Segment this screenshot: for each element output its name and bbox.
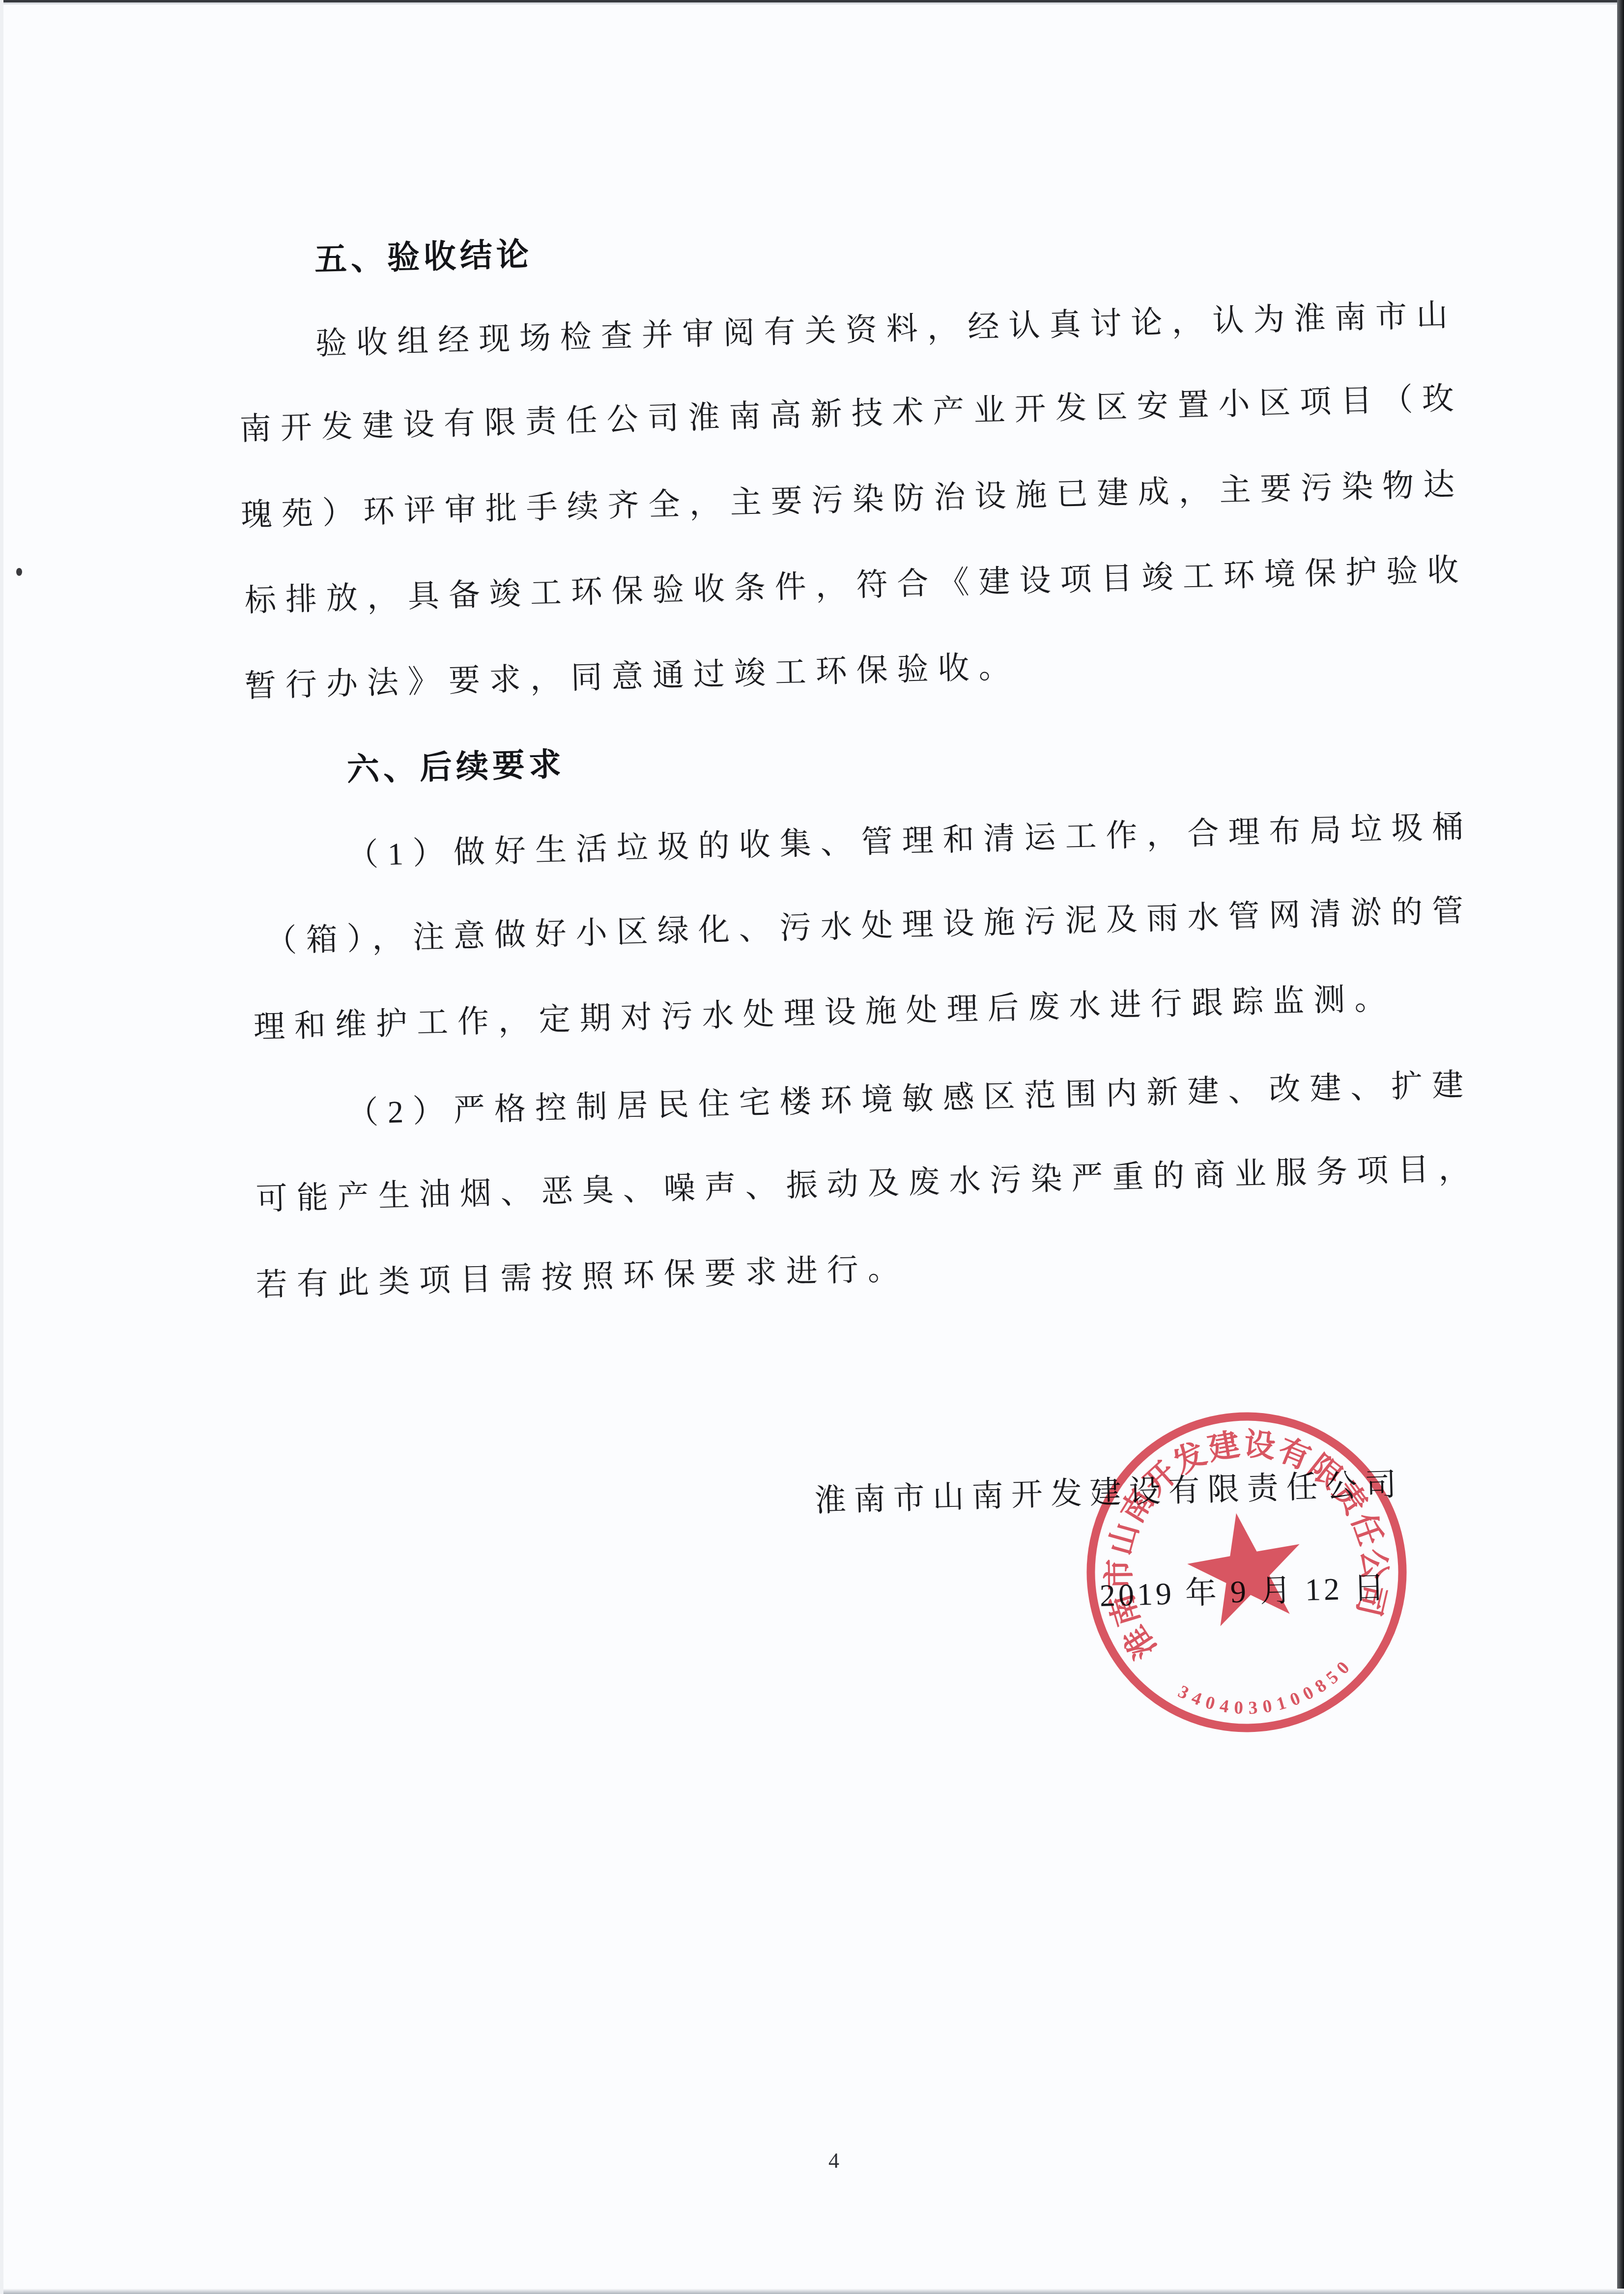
seal-star [1180, 1503, 1311, 1630]
body-line: 南开发建设有限责任公司淮南高新技术产业开发区安置小区项目（玫 [239, 379, 1463, 449]
scanned-document-page: 五、验收结论 验收组经现场检查并审阅有关资料，经认真讨论，认为淮南市山 南开发建… [0, 0, 1624, 2294]
body-line: 标排放，具备竣工环保验收条件，符合《建设项目竣工环境保护验收 [244, 551, 1468, 620]
section-heading-5: 五、验收结论 [314, 236, 533, 280]
scan-edge-left [0, 0, 3, 2294]
scan-edge-top-shadow [0, 2, 1624, 4]
official-seal: 淮南市山南开发建设有限责任公司 3404030100850 [1070, 1395, 1424, 1749]
body-line: 验收组经现场检查并审阅有关资料，经认真讨论，认为淮南市山 [315, 296, 1457, 363]
body-line: 暂行办法》要求，同意通过竣工环保验收。 [244, 648, 1020, 706]
section-heading-6: 六、后续要求 [346, 746, 566, 790]
body-line: 理和维护工作，定期对污水处理设施处理后废水进行跟踪监测。 [253, 979, 1396, 1047]
page-number: 4 [785, 2148, 883, 2173]
body-line: （1）做好生活垃圾的收集、管理和清运工作，合理布局垃圾桶 [346, 808, 1473, 875]
scan-edge-bottom [0, 2289, 1624, 2294]
body-line: 若有此类项目需按照环保要求进行。 [256, 1249, 909, 1304]
body-line: 瑰苑）环评审批手续齐全，主要污染防治设施已建成，主要污染物达 [240, 465, 1464, 535]
scan-speck [16, 568, 22, 576]
body-line: （2）严格控制居民住宅楼环境敏感区范围内新建、改建、扩建 [346, 1066, 1473, 1133]
body-line: 可能产生油烟、恶臭、噪声、振动及废水污染严重的商业服务项目， [256, 1149, 1480, 1218]
scan-edge-right [1617, 0, 1624, 2294]
body-line: （箱），注意做好小区绿化、污水处理设施污泥及雨水管网清淤的管 [265, 892, 1473, 961]
